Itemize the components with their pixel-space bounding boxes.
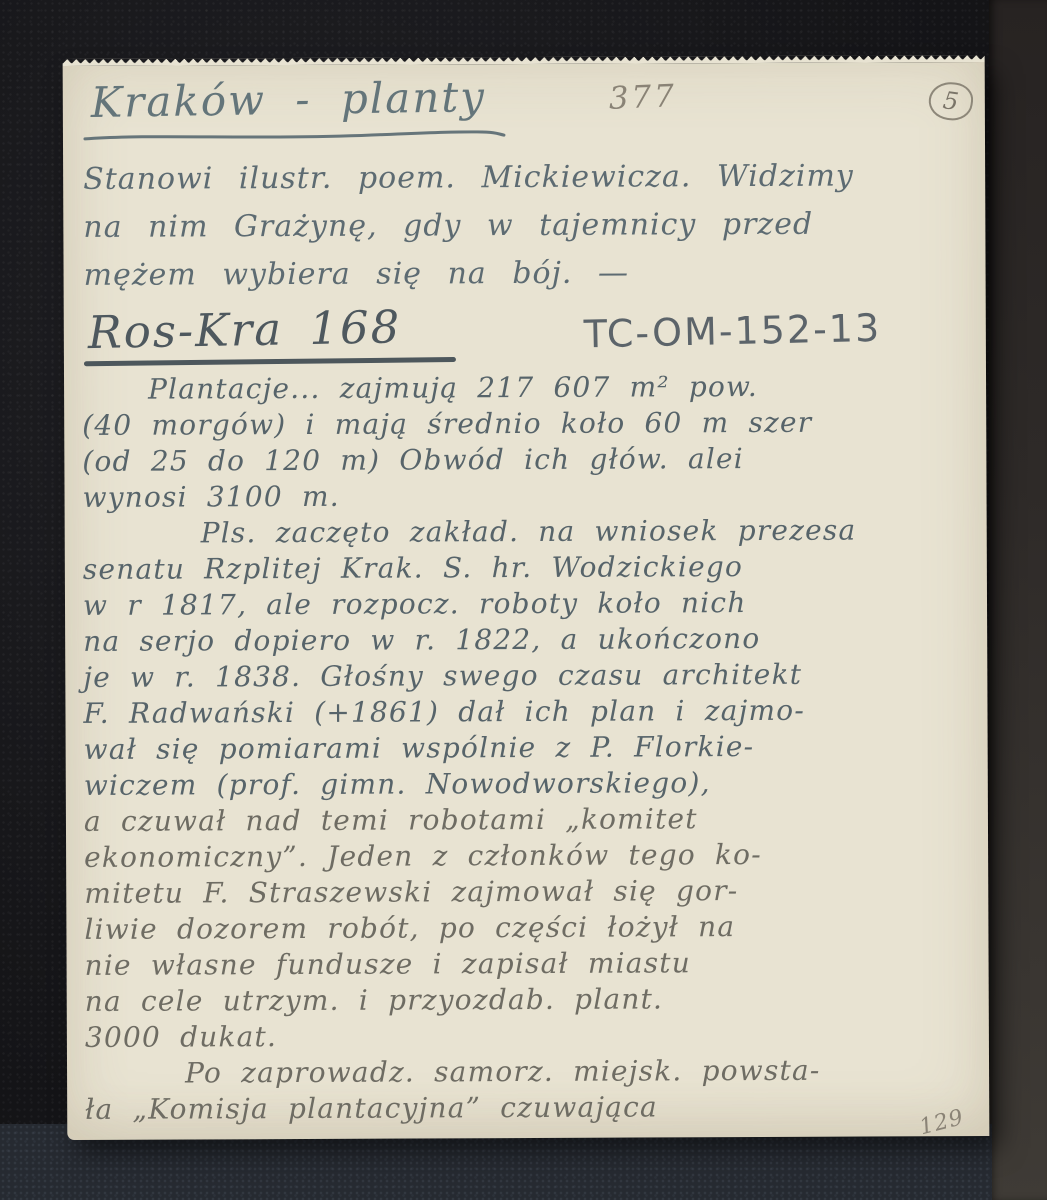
reference-underline — [84, 357, 456, 366]
book-spine-strip — [989, 0, 1047, 1200]
main-text: Plantacje... zajmują 217 607 m² pow. (40… — [82, 368, 981, 1128]
archive-scan-background: Kraków - planty 377 5 Stanowi ilustr. po… — [0, 0, 1047, 1200]
text-line: wał się pomiarami wspólnie z P. Florkie- — [84, 728, 980, 768]
text-line: Plantacje... zajmują 217 607 m² pow. — [82, 368, 978, 408]
intro-line: Stanowi ilustr. poem. Mickiewicza. Widzi… — [83, 153, 854, 204]
text-line: ekonomiczny”. Jeden z członków tego ko- — [84, 836, 980, 876]
text-line: wiczem (prof. gimn. Nowodworskiego), — [84, 764, 980, 804]
text-line: senatu Rzplitej Krak. S. hr. Wodzickiego — [83, 548, 979, 588]
text-line: (od 25 do 120 m) Obwód ich głów. alei — [82, 440, 978, 480]
text-line: (40 morgów) i mają średnio koło 60 m sze… — [82, 404, 978, 444]
circled-page-number: 5 — [926, 79, 975, 123]
intro-paragraph: Stanowi ilustr. poem. Mickiewicza. Widzi… — [83, 153, 854, 300]
text-line: w r 1817, ale rozpocz. roboty koło nich — [83, 584, 979, 624]
text-line: liwie dozorem robót, po części łożył na — [84, 908, 980, 948]
bibliographic-reference: Ros-Kra 168 — [87, 300, 401, 359]
text-line: je w r. 1838. Głośny swego czasu archite… — [83, 656, 979, 696]
note-title: Kraków - planty — [90, 72, 486, 127]
text-line: ła „Komisja plantacyjna” czuwająca — [85, 1088, 981, 1128]
text-line: mitetu F. Straszewski zajmował się gor- — [84, 872, 980, 912]
intro-line: na nim Grażynę, gdy w tajemnicy przed — [83, 201, 854, 252]
text-line: na cele utrzym. i przyozdab. plant. — [85, 980, 981, 1020]
sheet-number: 377 — [608, 78, 678, 117]
text-line: a czuwał nad temi robotami „komitet — [84, 800, 980, 840]
text-line: nie własne fundusze i zapisał miastu — [85, 944, 981, 984]
text-line: Po zaprowadz. samorz. miejsk. powsta- — [85, 1052, 981, 1092]
catalog-signature: TC-OM-152-13 — [583, 306, 881, 356]
text-line: na serjo dopiero w r. 1822, a ukończono — [83, 620, 979, 660]
text-line: 3000 dukat. — [85, 1016, 981, 1056]
handwritten-note-card: Kraków - planty 377 5 Stanowi ilustr. po… — [63, 62, 990, 1140]
title-underline — [83, 130, 507, 142]
text-line: Pls. zaczęto zakład. na wniosek prezesa — [83, 512, 979, 552]
text-line: F. Radwański (+1861) dał ich plan i zajm… — [83, 692, 979, 732]
intro-line: mężem wybiera się na bój. — — [83, 249, 854, 300]
text-line: wynosi 3100 m. — [82, 476, 978, 516]
